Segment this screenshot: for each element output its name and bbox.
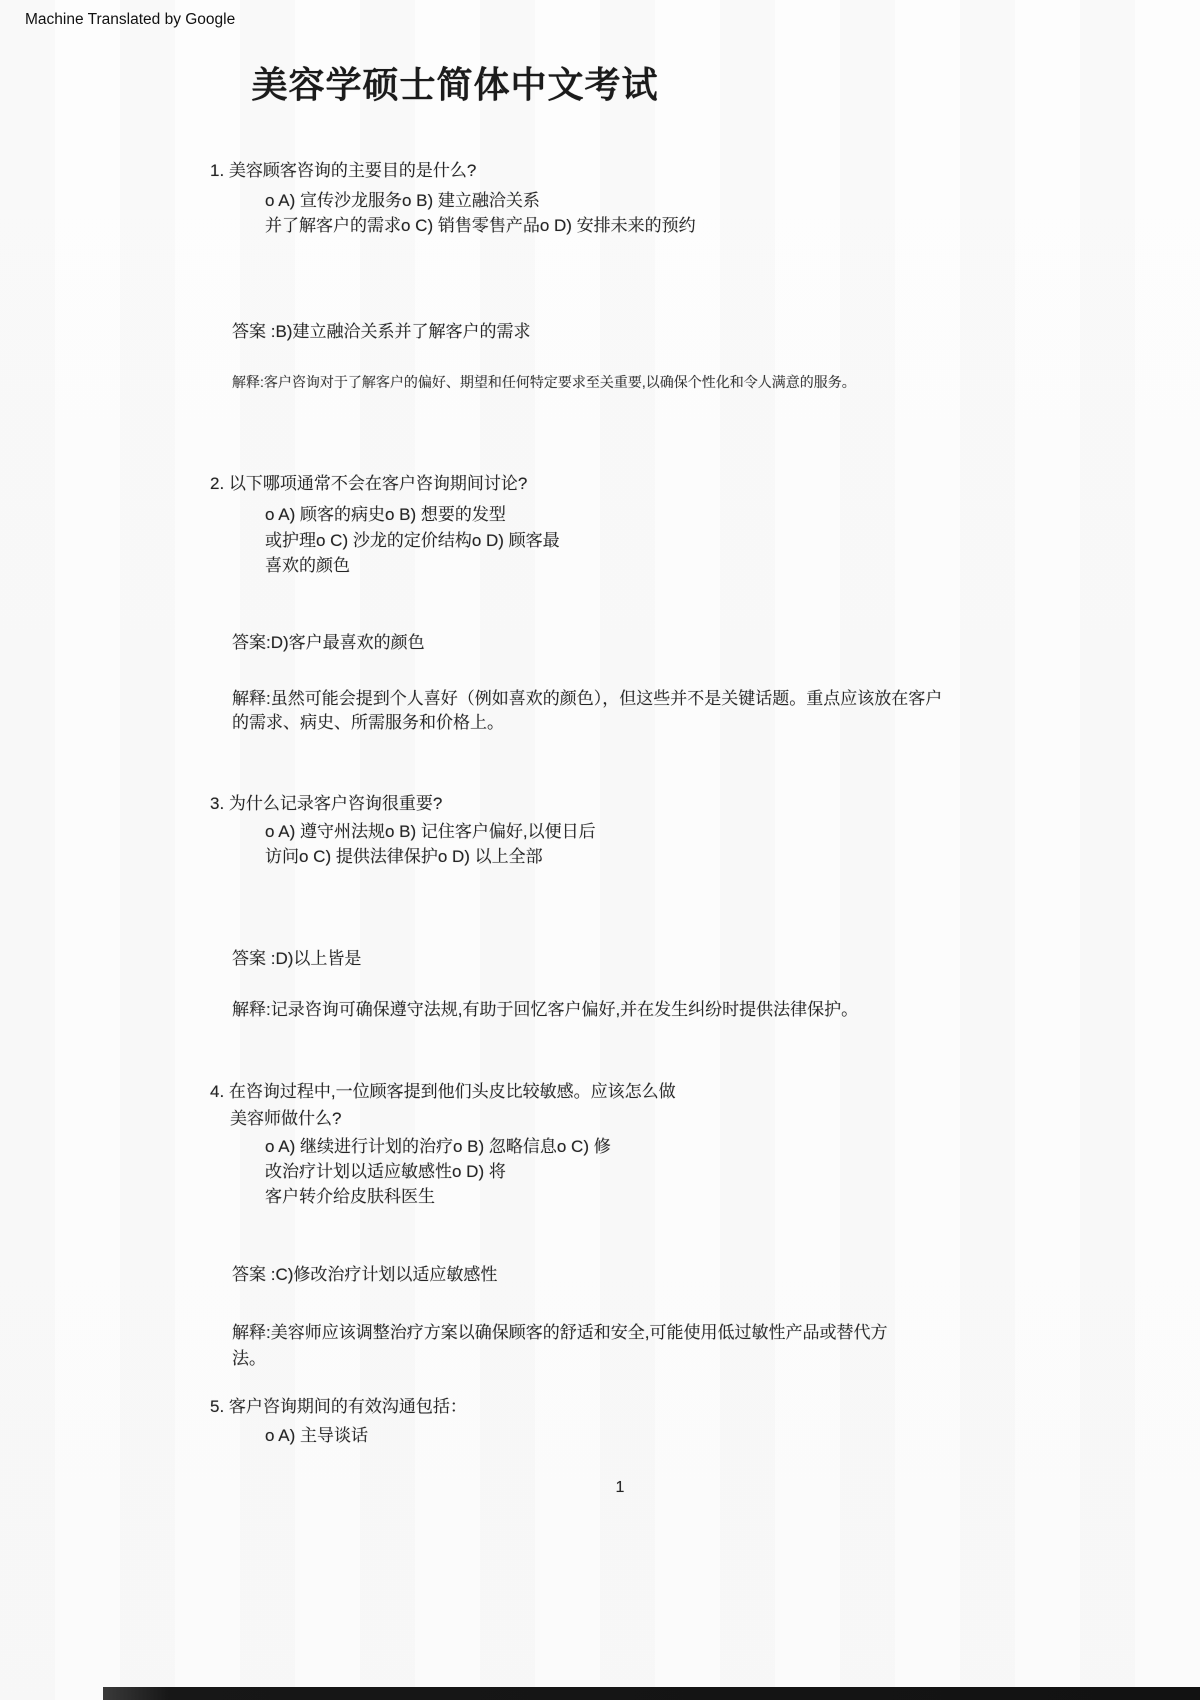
question-2-explanation-line-1: 解释:虽然可能会提到个人喜好（例如喜欢的颜色），但这些并不是关键话题。重点应该放… [232,688,942,709]
question-4-options-line-2: 改治疗计划以适应敏感性o D) 将 [265,1161,506,1182]
question-2-options-line-3: 喜欢的颜色 [265,555,350,576]
machine-translated-watermark: Machine Translated by Google [25,10,235,29]
question-1-explanation: 解释:客户咨询对于了解客户的偏好、期望和任何特定要求至关重要,以确保个性化和令人… [232,374,856,392]
question-3-text: 3. 为什么记录客户咨询很重要? [210,793,442,814]
question-4-options-line-1: o A) 继续进行计划的治疗o B) 忽略信息o C) 修 [265,1136,611,1157]
question-2-explanation-line-2: 的需求、病史、所需服务和价格上。 [232,712,504,733]
question-4-options-line-3: 客户转介给皮肤科医生 [265,1186,435,1207]
question-4-explanation-line-1: 解释:美容师应该调整治疗方案以确保顾客的舒适和安全,可能使用低过敏性产品或替代方 [232,1322,887,1343]
question-4-answer: 答案 :C)修改治疗计划以适应敏感性 [232,1264,497,1285]
question-4-text-line-2: 美容师做什么? [230,1108,341,1129]
question-3-explanation: 解释:记录咨询可确保遵守法规,有助于回忆客户偏好,并在发生纠纷时提供法律保护。 [232,999,858,1020]
question-1-text: 1. 美容顾客咨询的主要目的是什么? [210,160,476,181]
question-2-text: 2. 以下哪项通常不会在客户咨询期间讨论? [210,473,527,494]
question-2-answer: 答案:D)客户最喜欢的颜色 [232,632,425,653]
question-4-explanation-line-2: 法。 [232,1348,266,1369]
question-3-options-line-2: 访问o C) 提供法律保护o D) 以上全部 [265,846,543,867]
scan-artifact-bar [103,1687,1200,1700]
scanned-document-page: Machine Translated by Google 美容学硕士简体中文考试… [0,0,1200,1700]
page-number: 1 [616,1478,625,1498]
question-5-text: 5. 客户咨询期间的有效沟通包括： [210,1396,467,1417]
question-3-answer: 答案 :D)以上皆是 [232,948,361,969]
question-5-options-line-1: o A) 主导谈话 [265,1425,368,1446]
question-2-options-line-2: 或护理o C) 沙龙的定价结构o D) 顾客最 [265,530,560,551]
question-1-options-line-1: o A) 宣传沙龙服务o B) 建立融洽关系 [265,190,540,211]
page-title: 美容学硕士简体中文考试 [251,62,658,107]
question-4-text-line-1: 4. 在咨询过程中,一位顾客提到他们头皮比较敏感。应该怎么做 [210,1081,676,1102]
question-1-answer: 答案 :B)建立融洽关系并了解客户的需求 [232,321,530,342]
question-2-options-line-1: o A) 顾客的病史o B) 想要的发型 [265,504,506,525]
question-1-options-line-2: 并了解客户的需求o C) 销售零售产品o D) 安排未来的预约 [265,215,696,236]
question-3-options-line-1: o A) 遵守州法规o B) 记住客户偏好,以便日后 [265,821,596,842]
